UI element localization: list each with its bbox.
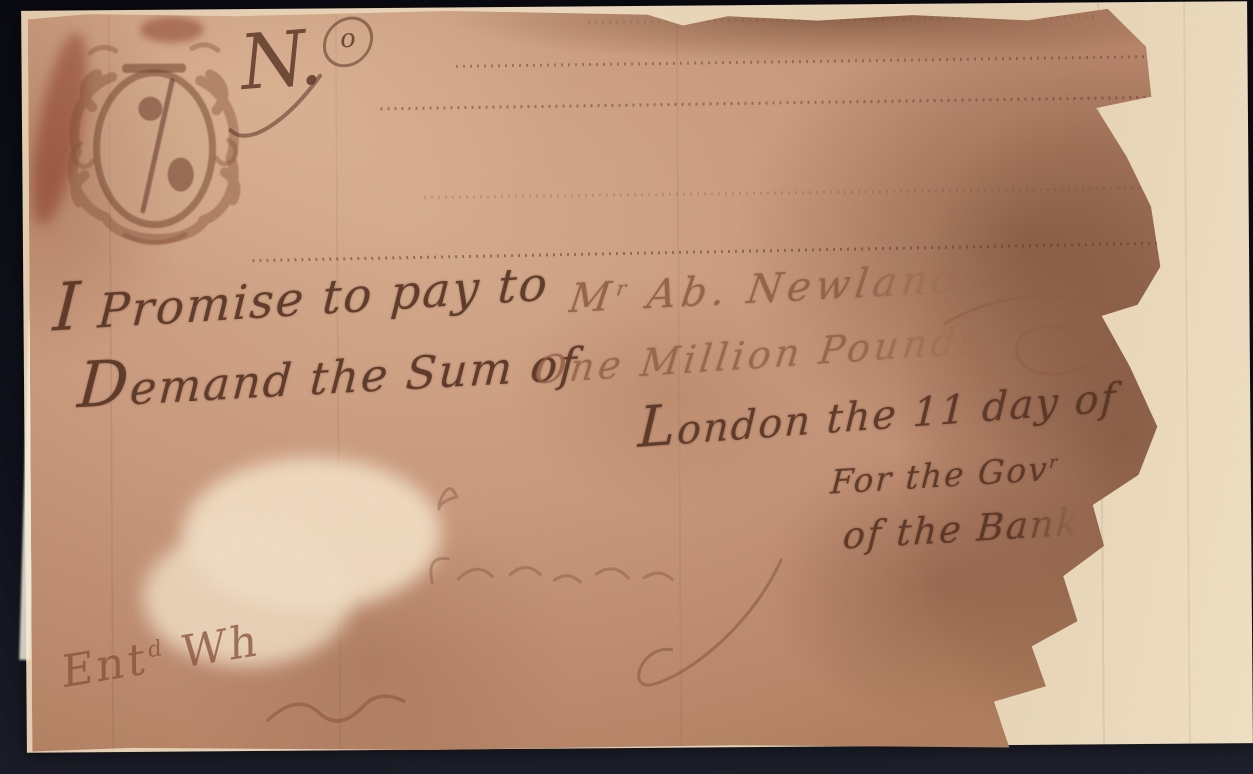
banknote: N.o I Promise to pay to Mr Ab. Newland D…	[28, 5, 1173, 754]
britannia-figure	[125, 96, 193, 202]
signature-descender-loop	[629, 552, 815, 718]
dotted-rule	[456, 54, 1234, 68]
payee-handwriting: Mr Ab. Newland	[566, 256, 966, 323]
foliage-curls	[73, 45, 237, 244]
entered-superscript: d	[148, 635, 165, 663]
entered-text: Ent	[62, 633, 148, 699]
governor-line: For the Govr	[829, 448, 1059, 501]
dotted-rule	[424, 187, 1148, 199]
medallion-field	[96, 72, 213, 225]
photo-frame: N.o I Promise to pay to Mr Ab. Newland D…	[0, 0, 1253, 774]
red-ink-blot	[140, 16, 204, 42]
medallion-ring	[96, 72, 213, 225]
foliage-wreath	[72, 73, 236, 239]
red-ink-stain	[21, 29, 98, 228]
payee-name: Ab. Newland	[627, 256, 967, 320]
governor-superscript: r	[1049, 452, 1060, 472]
note-number: N.o	[236, 8, 376, 108]
spear	[142, 81, 173, 211]
governor-text: For the Gov	[829, 449, 1050, 502]
faint-scribble	[424, 535, 719, 612]
number-letter: N.	[236, 11, 330, 107]
entered-flourish	[260, 677, 415, 743]
bank-line: of the Bank	[842, 501, 1082, 558]
payee-prefix: M	[566, 274, 618, 323]
